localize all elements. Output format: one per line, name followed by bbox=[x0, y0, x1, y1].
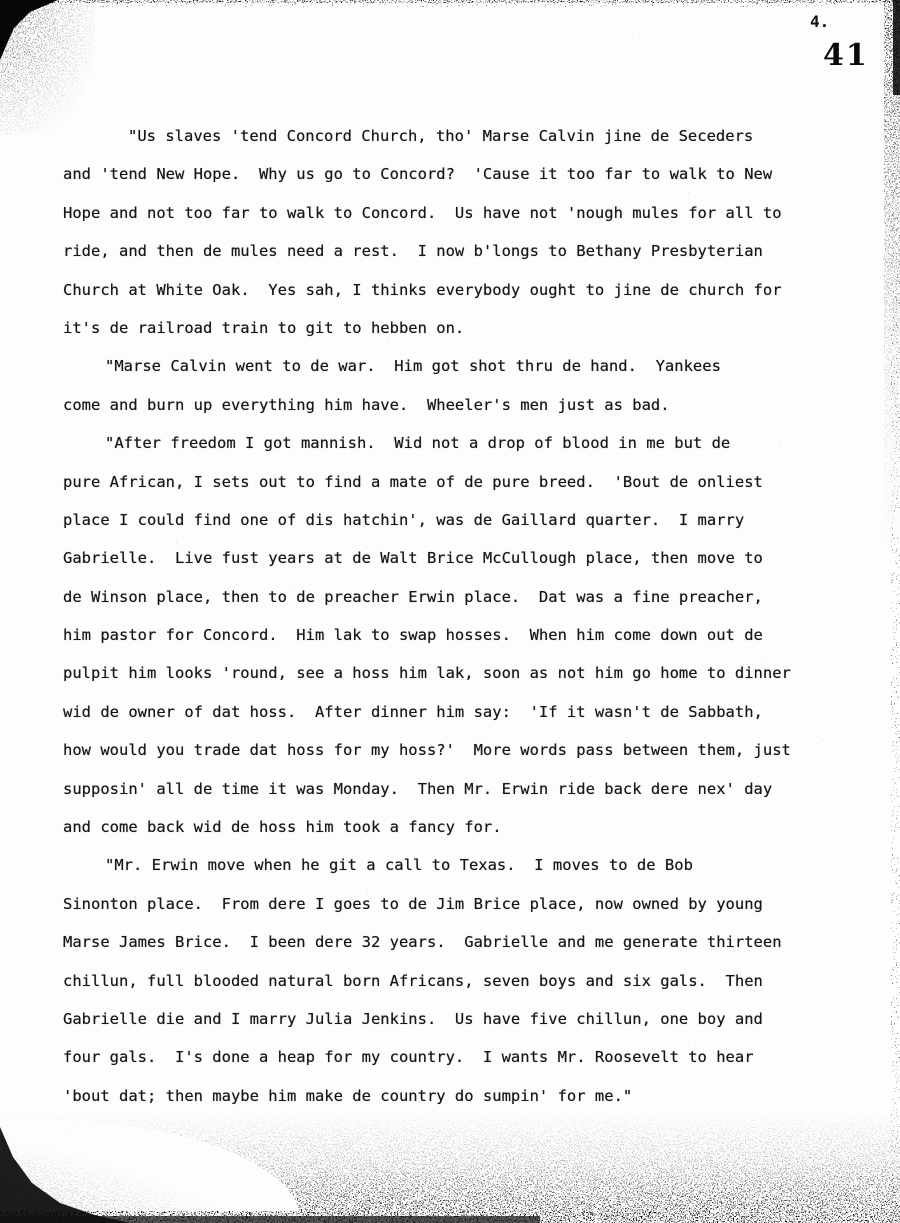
text-line: chillun, full blooded natural born Afric… bbox=[63, 962, 823, 1000]
text-line: four gals. I's done a heap for my countr… bbox=[63, 1038, 823, 1076]
text-line: it's de railroad train to git to hebben … bbox=[63, 309, 823, 347]
text-line: "Mr. Erwin move when he git a call to Te… bbox=[63, 846, 823, 884]
text-line: "After freedom I got mannish. Wid not a … bbox=[63, 424, 823, 462]
document-text: "Us slaves 'tend Concord Church, tho' Ma… bbox=[63, 117, 823, 1115]
page-number: 41 bbox=[823, 38, 869, 73]
text-line: ride, and then de mules need a rest. I n… bbox=[63, 232, 823, 270]
paragraph: "Mr. Erwin move when he git a call to Te… bbox=[63, 846, 823, 1115]
text-line: place I could find one of dis hatchin', … bbox=[63, 501, 823, 539]
scan-noise-right-edge bbox=[884, 0, 900, 1223]
scan-noise-bottom-edge bbox=[0, 1111, 900, 1223]
text-line: Gabrielle die and I marry Julia Jenkins.… bbox=[63, 1000, 823, 1038]
text-line: come and burn up everything him have. Wh… bbox=[63, 386, 823, 424]
corner-page-annotation: 4. bbox=[810, 12, 829, 31]
text-line: him pastor for Concord. Him lak to swap … bbox=[63, 616, 823, 654]
text-line: de Winson place, then to de preacher Erw… bbox=[63, 578, 823, 616]
text-line: pulpit him looks 'round, see a hoss him … bbox=[63, 654, 823, 692]
text-line: wid de owner of dat hoss. After dinner h… bbox=[63, 693, 823, 731]
text-line: how would you trade dat hoss for my hoss… bbox=[63, 731, 823, 769]
text-line: Hope and not too far to walk to Concord.… bbox=[63, 194, 823, 232]
text-line: Church at White Oak. Yes sah, I thinks e… bbox=[63, 271, 823, 309]
text-line: Marse James Brice. I been dere 32 years.… bbox=[63, 923, 823, 961]
paragraph: "Marse Calvin went to de war. Him got sh… bbox=[63, 347, 823, 424]
scan-noise-top-edge bbox=[0, 0, 900, 10]
text-line: and come back wid de hoss him took a fan… bbox=[63, 808, 823, 846]
scanned-page: 4. 41 "Us slaves 'tend Concord Church, t… bbox=[0, 0, 900, 1223]
text-line: Gabrielle. Live fust years at de Walt Br… bbox=[63, 539, 823, 577]
paragraph: "Us slaves 'tend Concord Church, tho' Ma… bbox=[63, 117, 823, 347]
text-line: "Us slaves 'tend Concord Church, tho' Ma… bbox=[63, 117, 823, 155]
text-line: pure African, I sets out to find a mate … bbox=[63, 463, 823, 501]
text-line: "Marse Calvin went to de war. Him got sh… bbox=[63, 347, 823, 385]
text-line: supposin' all de time it was Monday. The… bbox=[63, 770, 823, 808]
text-line: Sinonton place. From dere I goes to de J… bbox=[63, 885, 823, 923]
paragraph: "After freedom I got mannish. Wid not a … bbox=[63, 424, 823, 846]
text-line: 'bout dat; then maybe him make de countr… bbox=[63, 1077, 823, 1115]
text-line: and 'tend New Hope. Why us go to Concord… bbox=[63, 155, 823, 193]
scan-noise-top-left-blotch bbox=[0, 0, 95, 135]
